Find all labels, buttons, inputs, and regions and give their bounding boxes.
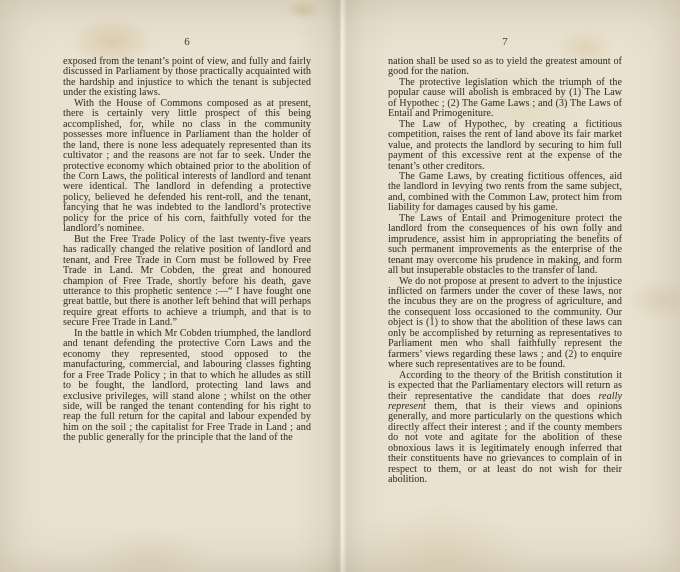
paragraph: The Law of Hypothec, by creating a ficti…	[388, 120, 622, 172]
paragraph: In the battle in which Mr Cobden triumph…	[63, 329, 311, 444]
paragraph: With the House of Commons composed as at…	[63, 99, 311, 235]
book-spread: 6 exposed from the tenant’s point of vie…	[0, 0, 680, 572]
paragraph: The protective legislation which the tri…	[388, 78, 622, 120]
paragraph-text: According to the theory of the British c…	[388, 370, 622, 402]
paragraph: nation shall be used so as to yield the …	[388, 57, 622, 78]
paragraph: exposed from the tenant’s point of view,…	[63, 57, 311, 99]
paragraph: But the Free Trade Policy of the last tw…	[63, 235, 311, 329]
paragraph: The Game Laws, by creating fictitious of…	[388, 172, 622, 214]
paragraph-text: them, that is their views and opinions g…	[388, 401, 622, 485]
page-number-left: 6	[63, 36, 311, 48]
paragraph: According to the theory of the British c…	[388, 371, 622, 486]
page-7: 7 nation shall be used so as to yield th…	[388, 36, 622, 486]
paragraph: The Laws of Entail and Primogeniture pro…	[388, 214, 622, 277]
page-6: 6 exposed from the tenant’s point of vie…	[63, 36, 311, 444]
page-number-right: 7	[388, 36, 622, 48]
paragraph: We do not propose at present to advert t…	[388, 277, 622, 371]
